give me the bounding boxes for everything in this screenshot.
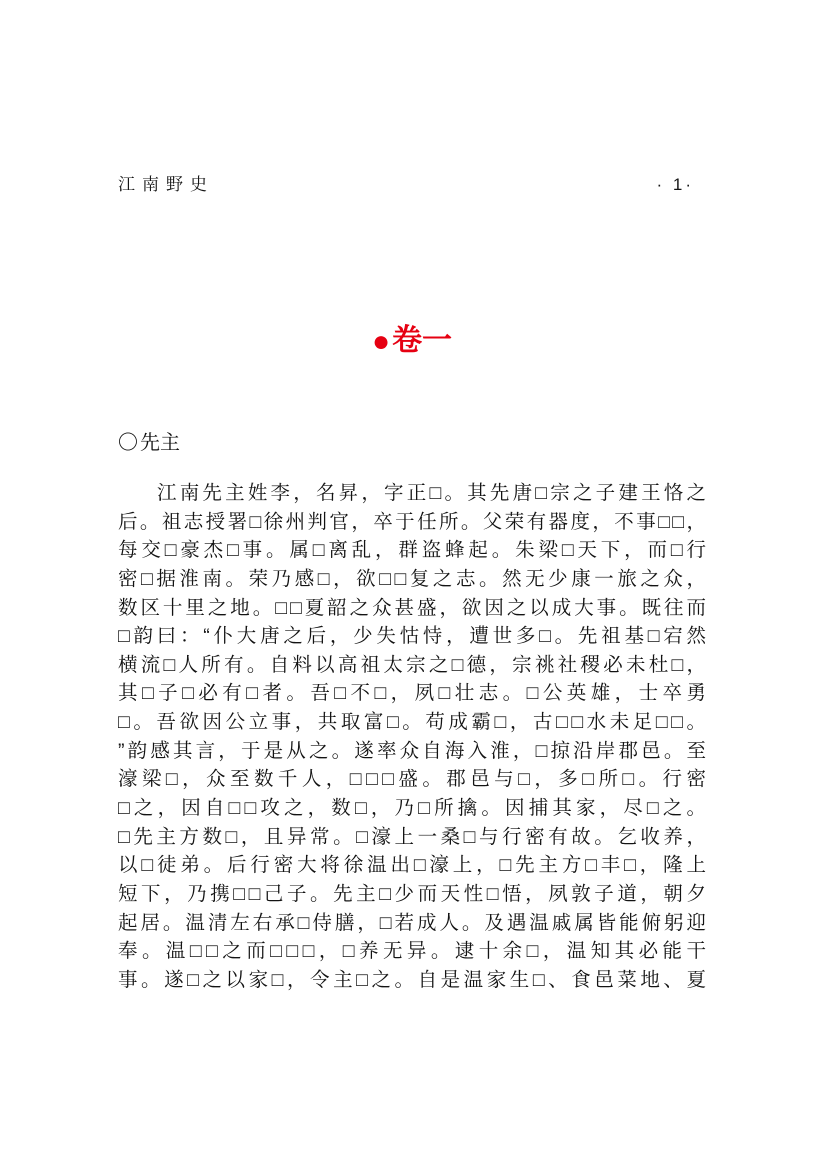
body-line: □。吾欲因公立事，共取富□。苟成霸□，古□□水未足□□。 <box>118 708 706 737</box>
body-line: 江南先主姓李，名昇，字正□。其先唐□宗之子建王恪之 <box>118 479 706 508</box>
body-line: 其□子□必有□者。吾□不□，夙□壮志。□公英雄，士卒勇 <box>118 679 706 708</box>
body-text: 江南先主姓李，名昇，字正□。其先唐□宗之子建王恪之后。祖志授署□徐州判官，卒于任… <box>118 479 706 995</box>
body-line: 密□据淮南。荣乃感□，欲□□复之志。然无少康一旅之众， <box>118 565 706 594</box>
chapter-bullet-icon: ● <box>372 325 390 358</box>
body-line: 事。遂□之以家□，令主□之。自是温家生□、食邑菜地、夏 <box>118 966 706 995</box>
body-line: 横流□人所有。自料以高祖太宗之□德，宗祧社稷必未杜□， <box>118 651 706 680</box>
chapter-title: 卷一 <box>392 324 452 357</box>
body-line: 数区十里之地。□□夏韶之众甚盛，欲因之以成大事。既往而 <box>118 594 706 623</box>
body-line: □先主方数□，且异常。□濠上一桑□与行密有故。乞收养， <box>118 823 706 852</box>
body-line: 每交□豪杰□事。属□离乱，群盗蜂起。朱梁□天下，而□行 <box>118 536 706 565</box>
body-line: □之，因自□□攻之，数□，乃□所擒。因捕其家，尽□之。 <box>118 794 706 823</box>
body-line: 短下，乃携□□己子。先主□少而天性□悟，夙敦子道，朝夕 <box>118 880 706 909</box>
page-number: · 1· <box>657 174 707 196</box>
page-header: 江南野史 · 1· <box>118 174 706 196</box>
section-marker-icon: 〇 <box>118 432 138 454</box>
body-line: 奉。温□□之而□□□，□养无异。逮十余□，温知其必能干 <box>118 937 706 966</box>
document-page: 江南野史 · 1· ●卷一 〇先主 江南先主姓李，名昇，字正□。其先唐□宗之子建… <box>0 0 822 1150</box>
chapter-heading: ●卷一 <box>118 322 706 361</box>
section-heading: 〇先主 <box>118 430 180 456</box>
body-line: 濠梁□，众至数千人，□□□盛。郡邑与□，多□所□。行密 <box>118 765 706 794</box>
body-line: 起居。温清左右承□侍膳，□若成人。及遇温戚属皆能俯躬迎 <box>118 909 706 938</box>
body-line: 以□徒弟。后行密大将徐温出□濠上，□先主方□丰□，隆上 <box>118 851 706 880</box>
body-line: ”韵感其言，于是从之。遂率众自海入淮，□掠沿岸郡邑。至 <box>118 737 706 766</box>
book-title: 江南野史 <box>118 174 214 196</box>
section-title: 先主 <box>140 432 180 454</box>
body-line: 后。祖志授署□徐州判官，卒于任所。父荣有器度，不事□□， <box>118 508 706 537</box>
body-line: □韵曰：“仆大唐之后，少失怙恃，遭世多□。先祖基□宕然 <box>118 622 706 651</box>
